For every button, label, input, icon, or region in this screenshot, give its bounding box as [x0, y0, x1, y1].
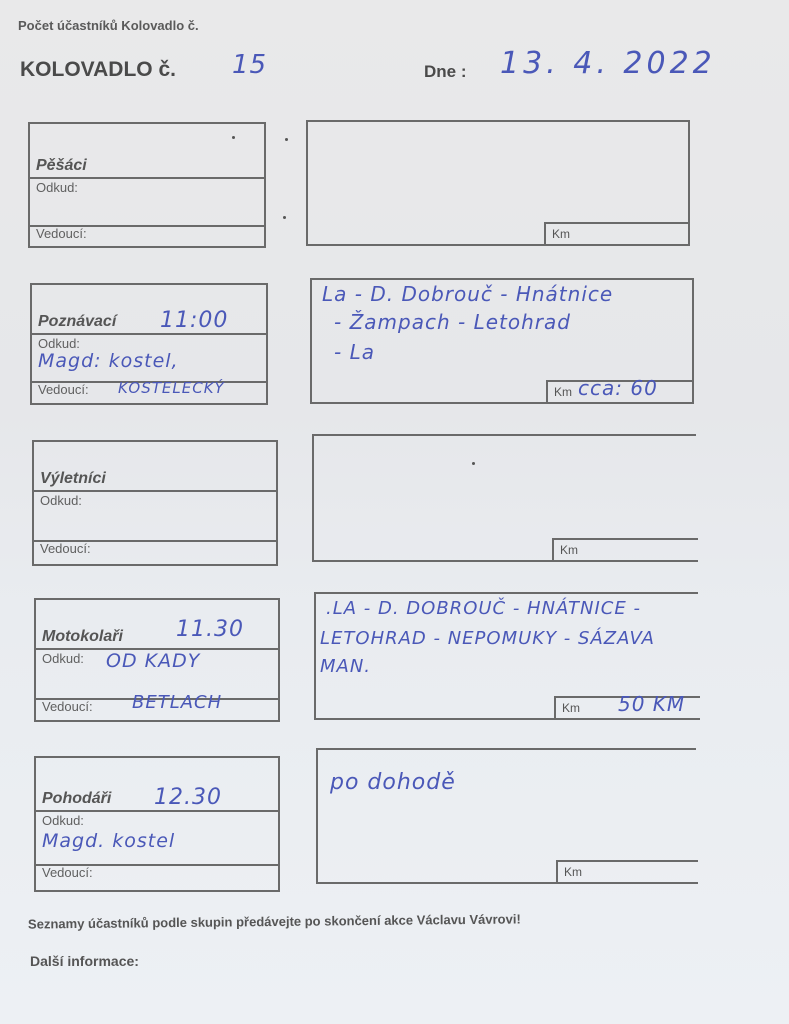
km-field[interactable]: Km cca: 60: [546, 380, 694, 404]
route-box-vyletnici[interactable]: Km: [312, 434, 696, 562]
route-line: - Žampach - Letohrad: [334, 310, 571, 334]
odkud-value: Magd: kostel,: [38, 350, 179, 372]
route-line: .LA - D. DOBROUČ - HNÁTNICE -: [326, 598, 641, 619]
km-label: Km: [564, 865, 582, 879]
footer-note: Seznamy účastníků podle skupin předávejt…: [28, 911, 521, 931]
vedouci-label: Vedoucí:: [40, 541, 91, 556]
odkud-label: Odkud:: [38, 336, 80, 351]
group-name-row: Výletníci: [34, 442, 276, 492]
group-name-row: Pěšáci: [30, 124, 264, 179]
group-time: 11.30: [176, 617, 244, 642]
group-name: Výletníci: [40, 470, 106, 488]
group-name: Poznávací: [38, 313, 116, 331]
vedouci-field[interactable]: Vedoucí: KOSTELECKÝ: [32, 381, 266, 403]
group-time: 12.30: [154, 785, 222, 810]
group-box-pohodari: Pohodáři 12.30 Odkud: Magd. kostel Vedou…: [34, 756, 280, 892]
km-field[interactable]: Km: [544, 222, 690, 246]
vedouci-label: Vedoucí:: [36, 226, 87, 241]
date-value: 13. 4. 2022: [500, 46, 716, 81]
group-name-row: Motokolaři 11.30: [36, 600, 278, 650]
km-field[interactable]: Km: [552, 538, 698, 562]
kolovadlo-number: 15: [232, 50, 267, 80]
form-header-small: Počet účastníků Kolovadlo č.: [18, 18, 199, 33]
odkud-field[interactable]: Odkud:: [30, 179, 264, 227]
km-label: Km: [554, 385, 572, 399]
odkud-label: Odkud:: [42, 651, 84, 666]
route-box-pohodari[interactable]: po dohodě Km: [316, 748, 696, 884]
odkud-field[interactable]: Odkud:: [34, 492, 276, 542]
route-box-poznavaci[interactable]: La - D. Dobrouč - Hnátnice - Žampach - L…: [310, 278, 694, 404]
group-name: Pohodáři: [42, 790, 111, 808]
speck: [472, 462, 475, 465]
km-value: cca: 60: [578, 376, 658, 400]
km-field[interactable]: Km: [556, 860, 698, 884]
group-box-pesaci: Pěšáci Odkud: Vedoucí:: [28, 122, 266, 248]
vedouci-field[interactable]: Vedoucí: BETLACH: [36, 698, 278, 720]
vedouci-field[interactable]: Vedoucí:: [30, 225, 264, 246]
form-page: Počet účastníků Kolovadlo č. KOLOVADLO č…: [0, 0, 789, 1024]
km-label: Km: [552, 227, 570, 241]
group-box-motokolari: Motokolaři 11.30 Odkud: OD KADY Vedoucí:…: [34, 598, 280, 722]
group-name-row: Poznávací 11:00: [32, 285, 266, 335]
odkud-value: Magd. kostel: [42, 830, 175, 852]
km-value: 50 KM: [618, 692, 685, 716]
km-label: Km: [560, 543, 578, 557]
vedouci-field[interactable]: Vedoucí:: [34, 540, 276, 564]
vedouci-value: KOSTELECKÝ: [118, 379, 225, 397]
vedouci-label: Vedoucí:: [42, 865, 93, 880]
group-time: 11:00: [160, 308, 228, 333]
km-field[interactable]: Km 50 KM: [554, 696, 700, 720]
vedouci-field[interactable]: Vedoucí:: [36, 864, 278, 890]
route-line: MAN.: [320, 656, 371, 677]
odkud-label: Odkud:: [40, 493, 82, 508]
route-box-motokolari[interactable]: .LA - D. DOBROUČ - HNÁTNICE - LETOHRAD -…: [314, 592, 698, 720]
odkud-label: Odkud:: [36, 180, 78, 195]
vedouci-value: BETLACH: [132, 692, 222, 713]
odkud-value: OD KADY: [106, 650, 200, 672]
date-label: Dne :: [424, 62, 467, 82]
speck: [232, 136, 235, 139]
group-box-poznavaci: Poznávací 11:00 Odkud: Magd: kostel, Ved…: [30, 283, 268, 405]
form-title: KOLOVADLO č.: [20, 58, 176, 82]
speck: [285, 138, 288, 141]
route-line: po dohodě: [330, 770, 456, 795]
vedouci-label: Vedoucí:: [42, 699, 93, 714]
vedouci-label: Vedoucí:: [38, 382, 89, 397]
route-box-pesaci[interactable]: Km: [306, 120, 690, 246]
route-line: LETOHRAD - NEPOMUKY - SÁZAVA: [320, 628, 655, 649]
route-line: La - D. Dobrouč - Hnátnice: [322, 282, 613, 306]
km-label: Km: [562, 701, 580, 715]
odkud-field[interactable]: Odkud: Magd. kostel: [36, 812, 278, 866]
more-info-label: Další informace:: [30, 953, 139, 969]
group-box-vyletnici: Výletníci Odkud: Vedoucí:: [32, 440, 278, 566]
group-name-row: Pohodáři 12.30: [36, 758, 278, 812]
odkud-label: Odkud:: [42, 813, 84, 828]
group-name: Motokolaři: [42, 628, 123, 646]
speck: [283, 216, 286, 219]
route-line: - La: [334, 340, 375, 364]
odkud-field[interactable]: Odkud: Magd: kostel,: [32, 335, 266, 383]
group-name: Pěšáci: [36, 157, 87, 175]
